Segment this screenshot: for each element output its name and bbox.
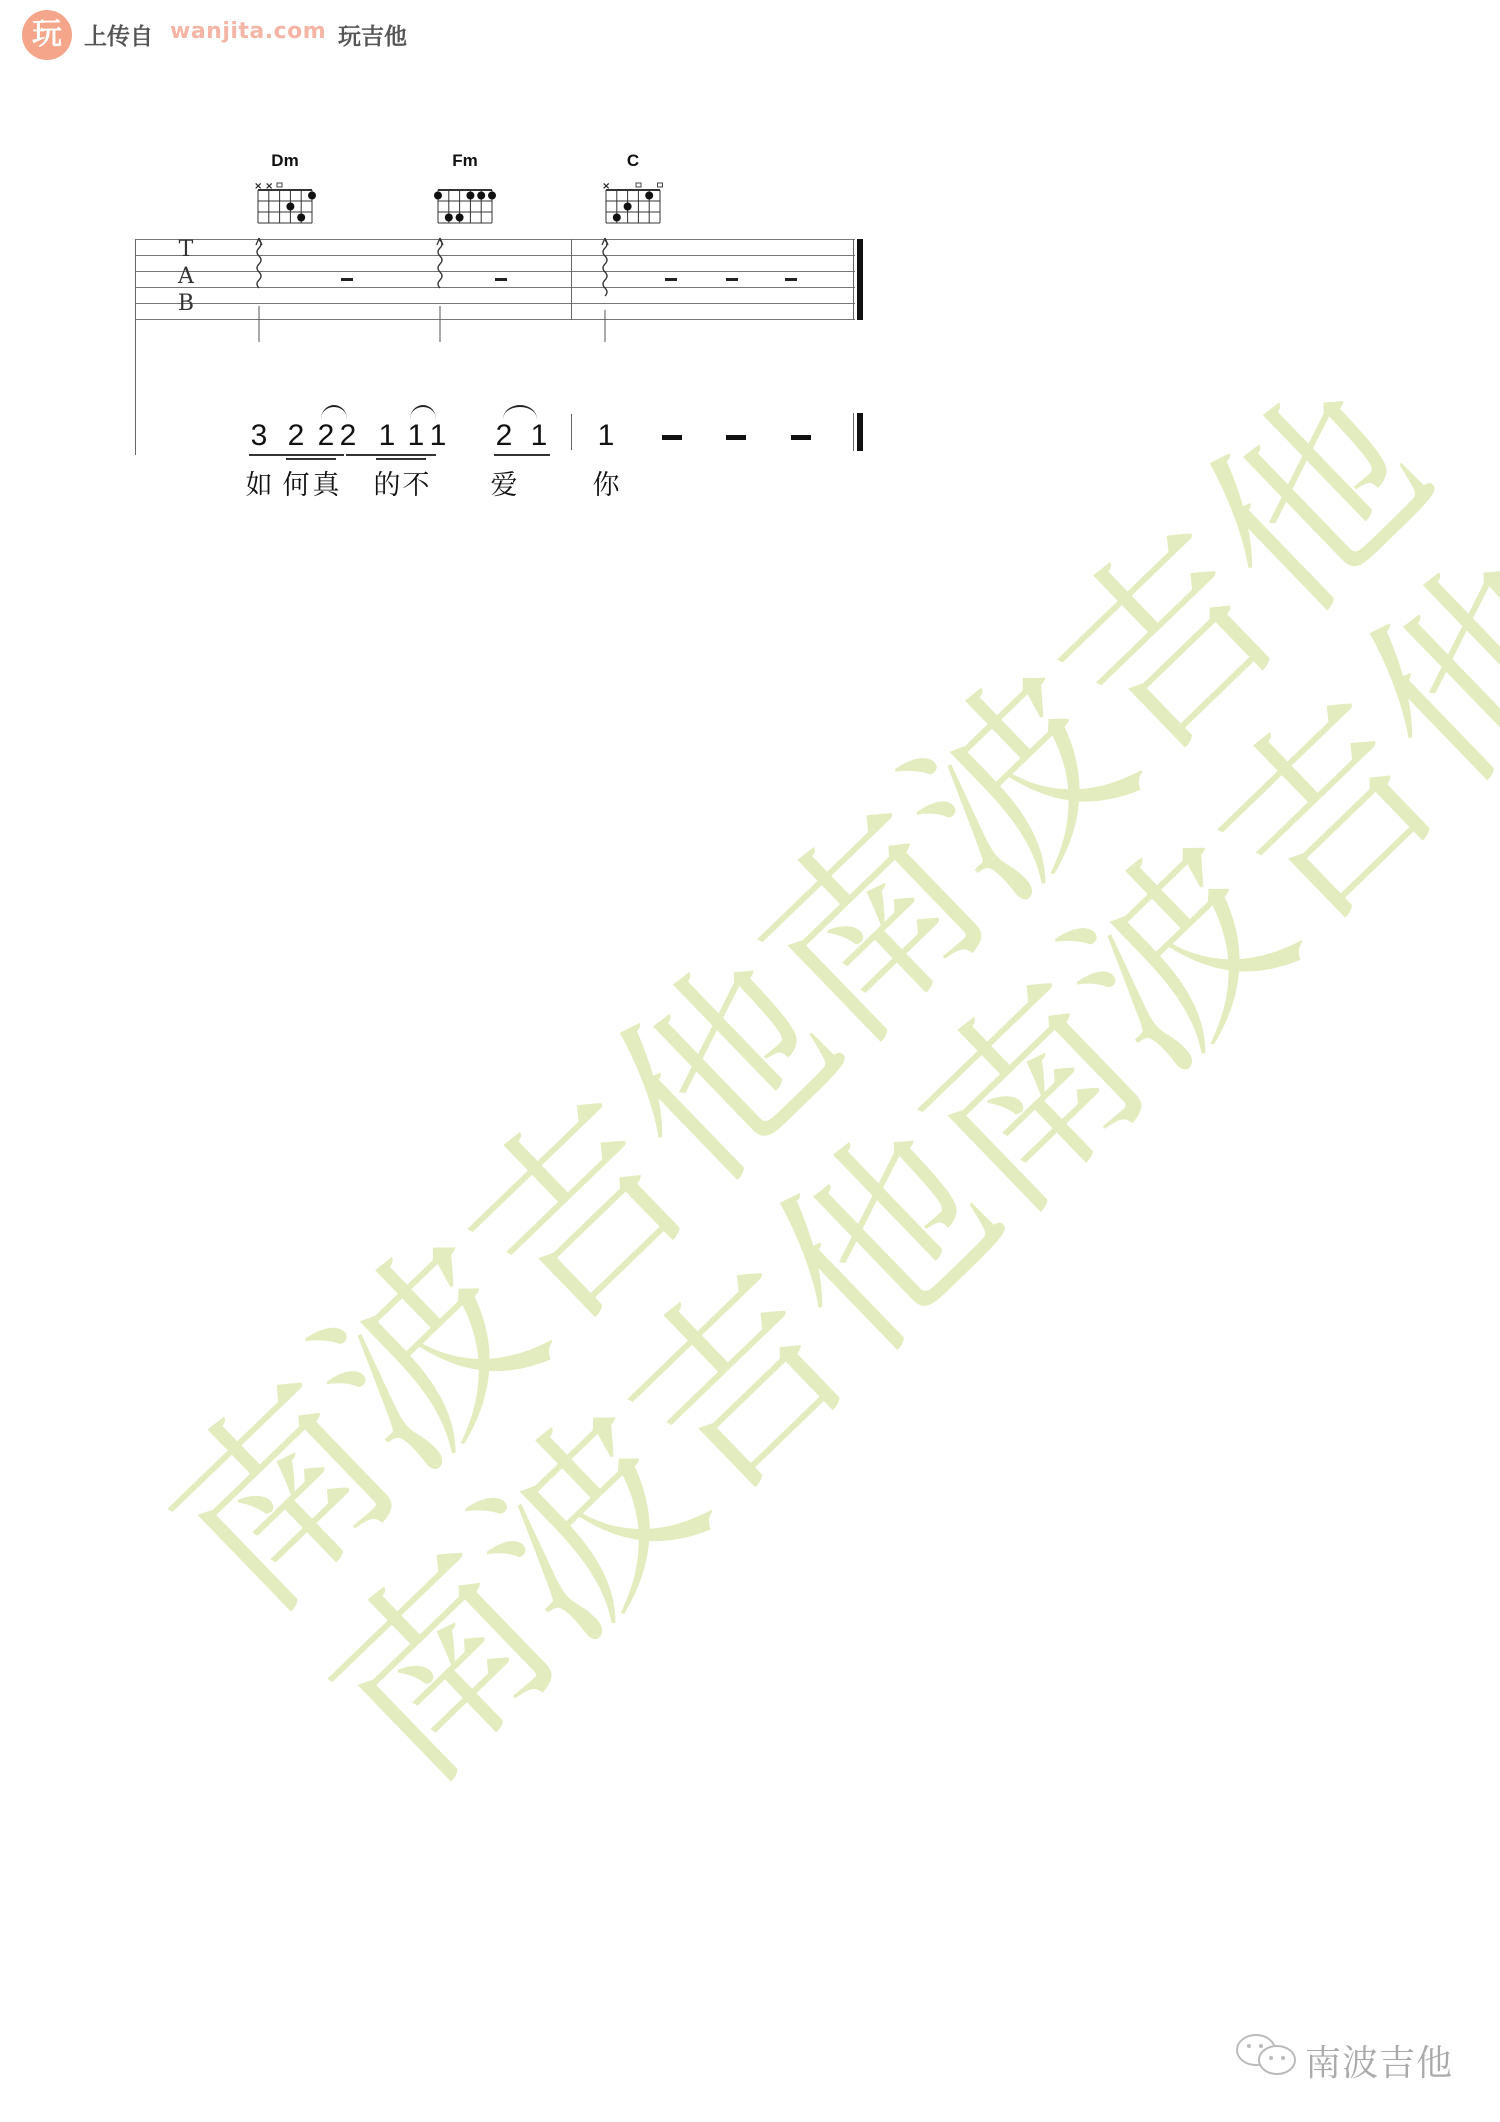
tab-rest: [726, 278, 738, 281]
strum-arrow-icon: [598, 234, 614, 346]
note: 1: [375, 419, 399, 453]
staff-line: [135, 303, 855, 304]
system-bracket-line: [135, 239, 136, 455]
upload-label: 上传自: [84, 18, 153, 51]
tab-rest: [785, 278, 797, 281]
chord-diagram-dm: × ×: [250, 170, 325, 232]
strum-arrow-icon: [252, 234, 268, 346]
sustain-dash: [791, 435, 811, 440]
note: 2: [284, 419, 308, 453]
tab-clef-a: A: [176, 264, 196, 289]
tab-clef-b: B: [176, 291, 196, 316]
lyric: 的: [372, 463, 402, 502]
tab-rest: [665, 278, 677, 281]
sustain-dash: [662, 435, 682, 440]
tab-clef-t: T: [176, 237, 196, 262]
lyric: 你: [591, 463, 621, 502]
staff-line: [135, 239, 855, 240]
lyric: 何: [281, 463, 311, 502]
svg-text:×: ×: [254, 181, 262, 192]
note: 1: [527, 419, 551, 453]
final-barline-thick: [857, 239, 863, 320]
barline: [571, 414, 572, 450]
lyric: 爱: [489, 463, 519, 502]
beam: [286, 458, 336, 460]
wechat-icon: [1232, 2030, 1302, 2082]
lyric: 不: [401, 463, 431, 502]
chord-diagram-fm: [430, 170, 505, 232]
staff-line: [135, 319, 855, 320]
beam: [494, 454, 550, 456]
final-barline-thin: [853, 413, 854, 451]
note: 1: [594, 419, 618, 453]
beam: [376, 458, 426, 460]
beam: [346, 454, 436, 456]
chord-name-dm: Dm: [255, 151, 315, 171]
note: 2: [336, 419, 360, 453]
tab-rest: [341, 278, 353, 281]
barline: [571, 239, 572, 320]
chord-name-c: C: [603, 151, 663, 171]
note: 2: [492, 419, 516, 453]
note: 3: [247, 419, 271, 453]
brand-name: 玩吉他: [338, 18, 407, 51]
note: 1: [426, 419, 450, 453]
staff-line: [135, 287, 855, 288]
account-name: 南波吉他: [1305, 2035, 1453, 2086]
lyric: 如: [244, 463, 274, 502]
staff-line: [135, 255, 855, 256]
tab-rest: [495, 278, 507, 281]
tie: [321, 405, 347, 419]
chord-name-fm: Fm: [435, 151, 495, 171]
strum-arrow-icon: [433, 234, 449, 346]
svg-text:×: ×: [602, 181, 610, 192]
note: 2: [314, 419, 338, 453]
sustain-dash: [726, 435, 746, 440]
tie: [503, 405, 537, 419]
beam: [249, 454, 344, 456]
staff-line: [135, 271, 855, 272]
final-barline-thick: [857, 413, 863, 451]
tie: [410, 405, 436, 419]
site-link[interactable]: wanjita.com: [170, 19, 326, 44]
svg-text:×: ×: [265, 181, 273, 192]
final-barline-thin: [853, 239, 854, 320]
lyric: 真: [311, 463, 341, 502]
logo-icon: 玩: [22, 10, 72, 60]
chord-diagram-c: ×: [598, 170, 673, 232]
note: 1: [404, 419, 428, 453]
